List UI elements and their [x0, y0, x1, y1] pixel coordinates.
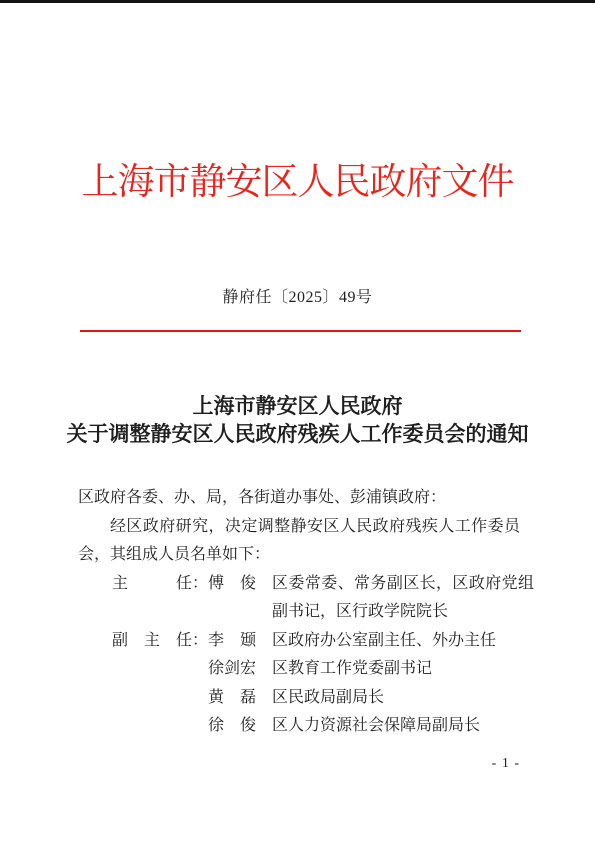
- page-number: - 1 -: [0, 756, 520, 772]
- document-body: 区政府各委、办、局，各街道办事处、彭浦镇政府： 经区政府研究，决定调整静安区人民…: [78, 484, 520, 741]
- member-row: 黄 磊 区民政局副局长: [78, 684, 520, 713]
- member-name: 黄 磊: [208, 684, 256, 713]
- member-name: 徐剑宏: [208, 655, 256, 684]
- member-row: 徐 俊 区人力资源社会保障局副局长: [78, 712, 520, 741]
- member-description: 区人力资源社会保障局副局长: [272, 712, 534, 741]
- member-name: 徐 俊: [208, 712, 256, 741]
- red-divider-rule: [80, 330, 521, 332]
- member-row: 徐剑宏 区教育工作党委副书记: [78, 655, 520, 684]
- member-name: 傅 俊: [208, 570, 256, 599]
- document-page: 上海市静安区人民政府文件 静府任〔2025〕49号 上海市静安区人民政府 关于调…: [0, 0, 595, 841]
- member-row: 主 任： 傅 俊 区委常委、常务副区长，区政府党组副书记，区行政学院院长: [78, 570, 520, 627]
- salutation: 区政府各委、办、局，各街道办事处、彭浦镇政府：: [78, 484, 520, 513]
- member-description: 区民政局副局长: [272, 684, 534, 713]
- member-description: 区教育工作党委副书记: [272, 655, 534, 684]
- member-role: 副 主 任：: [112, 627, 208, 656]
- scan-edge-strip: [0, 0, 595, 3]
- document-number: 静府任〔2025〕49号: [0, 287, 595, 309]
- document-subject: 上海市静安区人民政府 关于调整静安区人民政府残疾人工作委员会的通知: [0, 392, 595, 448]
- intro-paragraph: 经区政府研究，决定调整静安区人民政府残疾人工作委员会，其组成人员名单如下：: [78, 513, 520, 570]
- document-title: 上海市静安区人民政府文件: [0, 160, 595, 206]
- subject-line-1: 上海市静安区人民政府: [0, 392, 595, 420]
- member-description: 区政府办公室副主任、外办主任: [272, 627, 534, 656]
- member-list: 主 任： 傅 俊 区委常委、常务副区长，区政府党组副书记，区行政学院院长 副 主…: [78, 570, 520, 741]
- member-row: 副 主 任： 李 颋 区政府办公室副主任、外办主任: [78, 627, 520, 656]
- member-role: 主 任：: [112, 570, 208, 599]
- subject-line-2: 关于调整静安区人民政府残疾人工作委员会的通知: [0, 420, 595, 448]
- member-description: 区委常委、常务副区长，区政府党组副书记，区行政学院院长: [272, 570, 534, 627]
- member-name: 李 颋: [208, 627, 256, 656]
